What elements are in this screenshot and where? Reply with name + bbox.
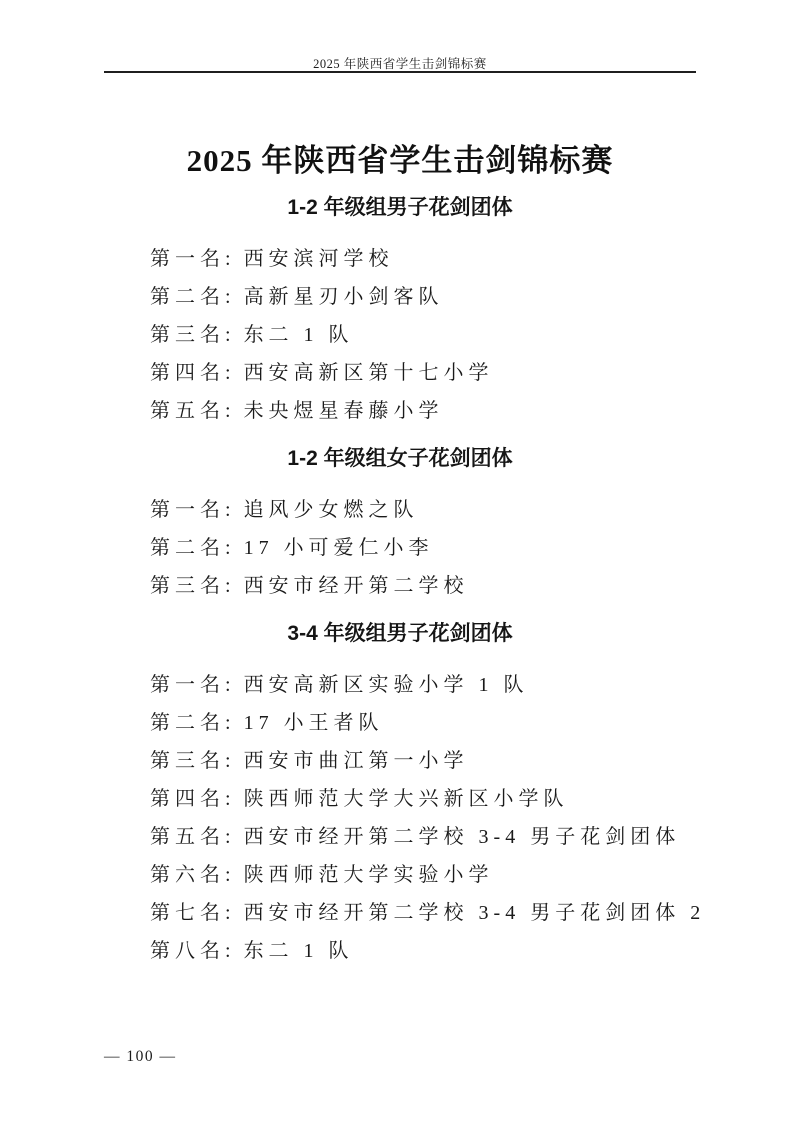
rank-label: 第六名: (150, 864, 236, 886)
result-row: 第五名:未央煜星春藤小学 (0, 392, 800, 430)
team-name: 西安市经开第二学校 3-4 男子花剑团体 2 (244, 902, 706, 924)
result-section: 3-4 年级组男子花剑团体第一名:西安高新区实验小学 1 队第二名:17 小王者… (0, 620, 800, 970)
rank-label: 第一名: (150, 248, 236, 270)
team-name: 西安市经开第二学校 3-4 男子花剑团体 (244, 826, 681, 848)
team-name: 陕西师范大学实验小学 (244, 864, 494, 886)
team-name: 17 小王者队 (244, 712, 384, 734)
rank-label: 第七名: (150, 902, 236, 924)
team-name: 17 小可爱仁小李 (244, 537, 434, 559)
result-row: 第三名:东二 1 队 (0, 316, 800, 354)
header-rule (104, 71, 696, 73)
team-name: 西安高新区第十七小学 (244, 362, 494, 384)
team-name: 西安市曲江第一小学 (244, 750, 469, 772)
results-sections: 1-2 年级组男子花剑团体第一名:西安滨河学校第二名:高新星刃小剑客队第三名:东… (0, 194, 800, 970)
result-row: 第一名:追风少女燃之队 (0, 491, 800, 529)
team-name: 东二 1 队 (244, 940, 354, 962)
rank-label: 第二名: (150, 537, 236, 559)
result-section: 1-2 年级组男子花剑团体第一名:西安滨河学校第二名:高新星刃小剑客队第三名:东… (0, 194, 800, 430)
result-row: 第三名:西安市曲江第一小学 (0, 742, 800, 780)
team-name: 高新星刃小剑客队 (244, 286, 444, 308)
page-number: — 100 — (104, 1048, 177, 1066)
rank-label: 第八名: (150, 940, 236, 962)
team-name: 西安市经开第二学校 (244, 575, 469, 597)
result-row: 第八名:东二 1 队 (0, 932, 800, 970)
rank-label: 第一名: (150, 499, 236, 521)
section-heading: 1-2 年级组男子花剑团体 (0, 194, 800, 222)
result-row: 第六名:陕西师范大学实验小学 (0, 856, 800, 894)
result-row: 第二名:17 小可爱仁小李 (0, 529, 800, 567)
rank-label: 第四名: (150, 362, 236, 384)
section-heading: 1-2 年级组女子花剑团体 (0, 445, 800, 473)
result-list: 第一名:西安高新区实验小学 1 队第二名:17 小王者队第三名:西安市曲江第一小… (0, 666, 800, 970)
section-heading: 3-4 年级组男子花剑团体 (0, 620, 800, 648)
rank-label: 第三名: (150, 324, 236, 346)
result-row: 第四名:西安高新区第十七小学 (0, 354, 800, 392)
result-list: 第一名:追风少女燃之队第二名:17 小可爱仁小李第三名:西安市经开第二学校 (0, 491, 800, 605)
team-name: 西安滨河学校 (244, 248, 394, 270)
rank-label: 第三名: (150, 575, 236, 597)
result-row: 第四名:陕西师范大学大兴新区小学队 (0, 780, 800, 818)
result-row: 第七名:西安市经开第二学校 3-4 男子花剑团体 2 (0, 894, 800, 932)
result-list: 第一名:西安滨河学校第二名:高新星刃小剑客队第三名:东二 1 队第四名:西安高新… (0, 240, 800, 430)
rank-label: 第二名: (150, 286, 236, 308)
rank-label: 第二名: (150, 712, 236, 734)
team-name: 东二 1 队 (244, 324, 354, 346)
result-section: 1-2 年级组女子花剑团体第一名:追风少女燃之队第二名:17 小可爱仁小李第三名… (0, 445, 800, 605)
rank-label: 第三名: (150, 750, 236, 772)
rank-label: 第五名: (150, 400, 236, 422)
rank-label: 第一名: (150, 674, 236, 696)
result-row: 第一名:西安滨河学校 (0, 240, 800, 278)
result-row: 第五名:西安市经开第二学校 3-4 男子花剑团体 (0, 818, 800, 856)
rank-label: 第五名: (150, 826, 236, 848)
result-row: 第二名:高新星刃小剑客队 (0, 278, 800, 316)
result-row: 第一名:西安高新区实验小学 1 队 (0, 666, 800, 704)
running-header: 2025 年陕西省学生击剑锦标赛 (0, 54, 800, 72)
document-title: 2025 年陕西省学生击剑锦标赛 (0, 0, 800, 179)
team-name: 未央煜星春藤小学 (244, 400, 444, 422)
result-row: 第二名:17 小王者队 (0, 704, 800, 742)
rank-label: 第四名: (150, 788, 236, 810)
team-name: 追风少女燃之队 (244, 499, 419, 521)
team-name: 西安高新区实验小学 1 队 (244, 674, 529, 696)
result-row: 第三名:西安市经开第二学校 (0, 567, 800, 605)
team-name: 陕西师范大学大兴新区小学队 (244, 788, 569, 810)
document-page: 2025 年陕西省学生击剑锦标赛 2025 年陕西省学生击剑锦标赛 1-2 年级… (0, 0, 800, 1131)
